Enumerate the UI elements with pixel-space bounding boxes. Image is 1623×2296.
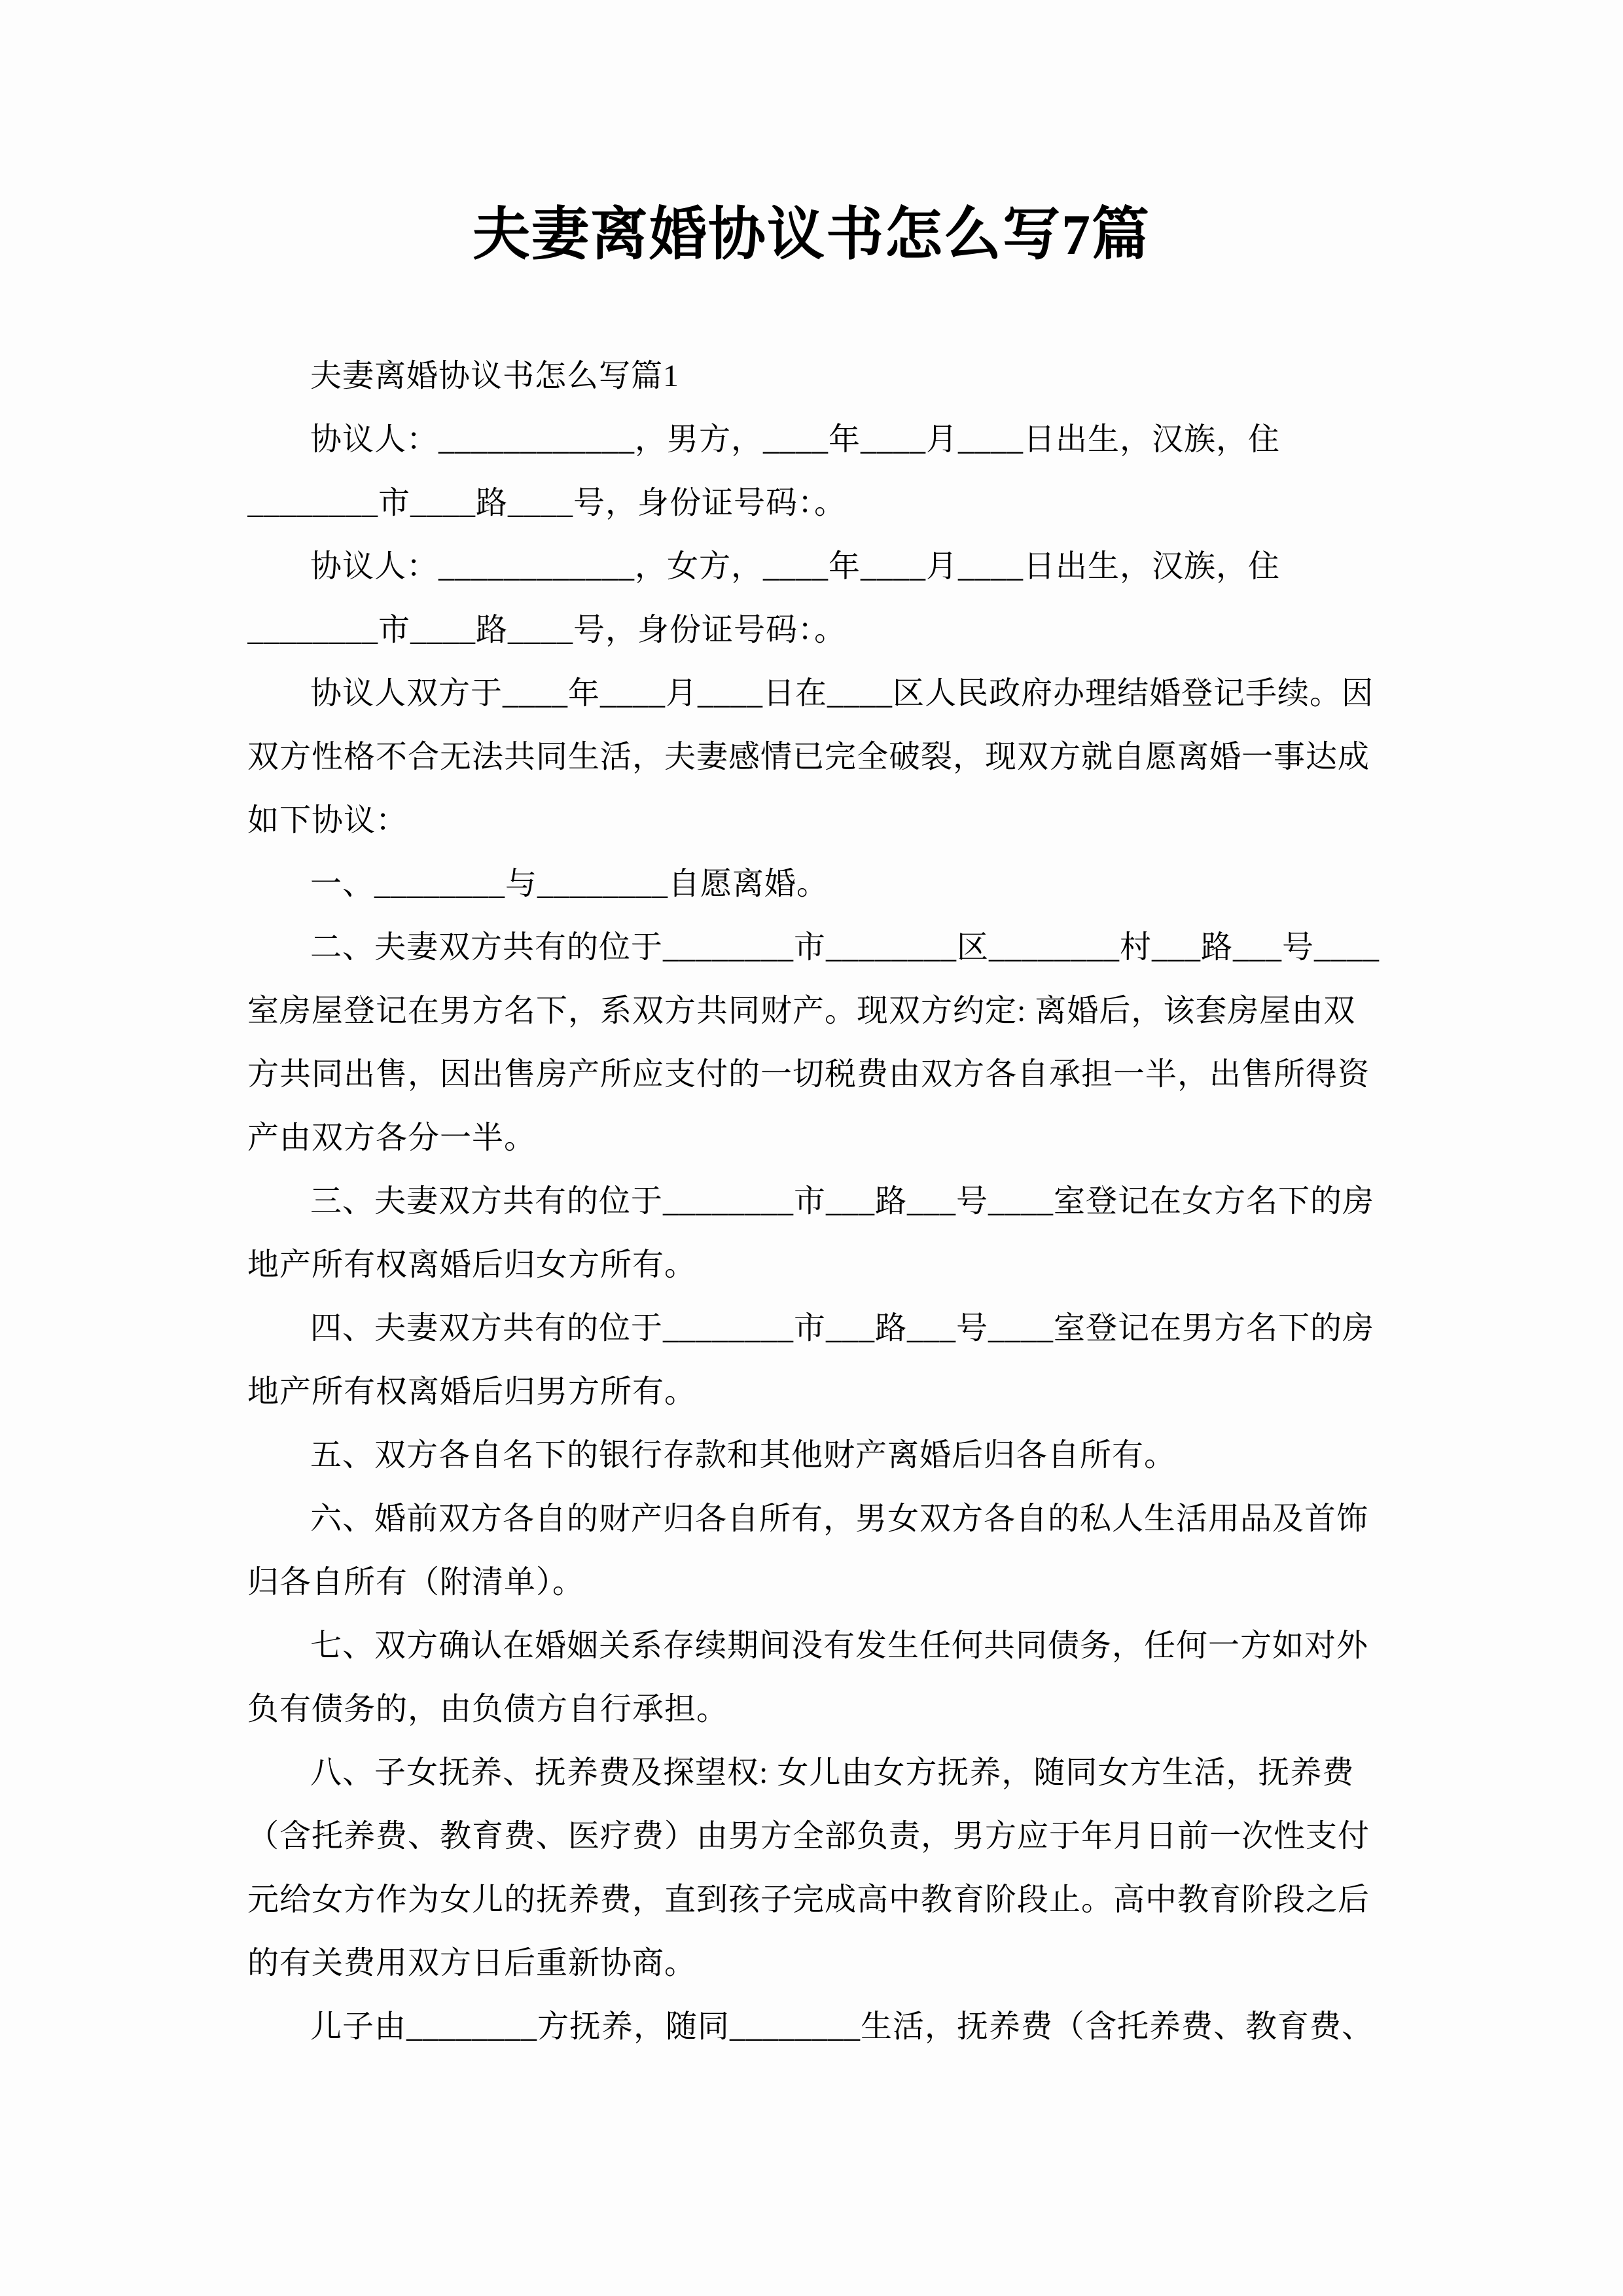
- text-line: 四、夫妻双方共有的位于________市___路___号____室登记在男方名下…: [247, 1297, 1400, 1360]
- text-line: 室房屋登记在男方名下，系双方共同财产。现双方约定: 离婚后，该套房屋由双: [247, 979, 1400, 1043]
- text-line: 五、双方各自名下的银行存款和其他财产离婚后归各自所有。: [247, 1424, 1400, 1487]
- text-line: 协议人：____________，女方，____年____月____日出生，汉族…: [247, 535, 1400, 598]
- text-line: 的有关费用双方日后重新协商。: [247, 1931, 1400, 1995]
- text-line: 地产所有权离婚后归男方所有。: [247, 1360, 1400, 1424]
- text-line: 方共同出售，因出售房产所应支付的一切税费由双方各自承担一半，出售所得资: [247, 1043, 1400, 1106]
- document-page: 夫妻离婚协议书怎么写7篇 夫妻离婚协议书怎么写篇1协议人：___________…: [0, 0, 1623, 2296]
- text-line: 儿子由________方抚养，随同________生活，抚养费（含托养费、教育费…: [247, 1995, 1400, 2058]
- text-line: 六、婚前双方各自的财产归各自所有，男女双方各自的私人生活用品及首饰: [247, 1487, 1400, 1551]
- text-line: 地产所有权离婚后归女方所有。: [247, 1233, 1400, 1297]
- text-line: ________市____路____号，身份证号码：。: [247, 598, 1400, 662]
- text-line: 八、子女抚养、抚养费及探望权: 女儿由女方抚养，随同女方生活，抚养费: [247, 1741, 1400, 1804]
- text-line: 双方性格不合无法共同生活，夫妻感情已完全破裂，现双方就自愿离婚一事达成: [247, 725, 1400, 789]
- text-line: 元给女方作为女儿的抚养费，直到孩子完成高中教育阶段止。高中教育阶段之后: [247, 1868, 1400, 1931]
- text-line: 负有债务的，由负债方自行承担。: [247, 1677, 1400, 1741]
- text-line: 一、________与________自愿离婚。: [247, 852, 1400, 916]
- text-line: 产由双方各分一半。: [247, 1106, 1400, 1170]
- text-line: （含托养费、教育费、医疗费）由男方全部负责，男方应于年月日前一次性支付: [247, 1804, 1400, 1868]
- text-line: 归各自所有（附清单）。: [247, 1551, 1400, 1614]
- text-line: 三、夫妻双方共有的位于________市___路___号____室登记在女方名下…: [247, 1170, 1400, 1233]
- document-title: 夫妻离婚协议书怎么写7篇: [0, 0, 1623, 264]
- text-line: 协议人：____________，男方，____年____月____日出生，汉族…: [247, 408, 1400, 471]
- text-line: ________市____路____号，身份证号码：。: [247, 471, 1400, 535]
- text-line: 二、夫妻双方共有的位于________市________区________村__…: [247, 916, 1400, 979]
- text-line: 如下协议：: [247, 789, 1400, 852]
- text-line: 夫妻离婚协议书怎么写篇1: [247, 344, 1400, 408]
- text-line: 协议人双方于____年____月____日在____区人民政府办理结婚登记手续。…: [247, 662, 1400, 725]
- text-line: 七、双方确认在婚姻关系存续期间没有发生任何共同债务，任何一方如对外: [247, 1614, 1400, 1677]
- document-body: 夫妻离婚协议书怎么写篇1协议人：____________，男方，____年___…: [247, 264, 1400, 2058]
